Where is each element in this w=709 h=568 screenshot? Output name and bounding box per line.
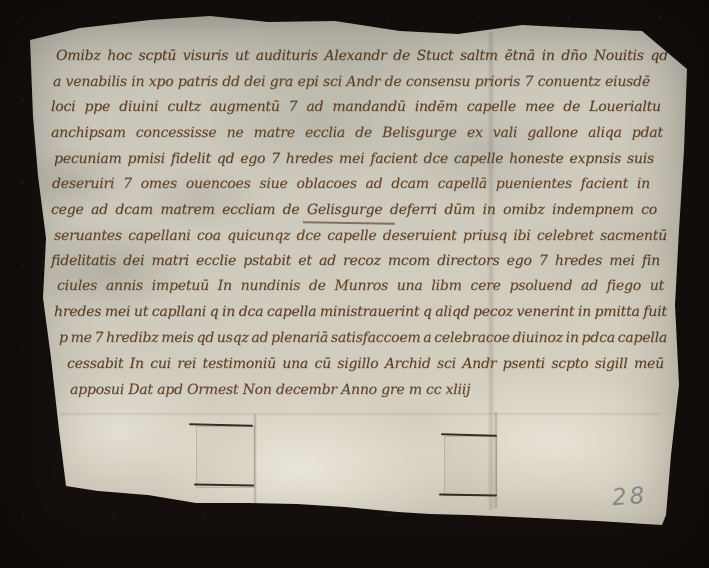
text-line-12: pme7hredibzmeisqdusqzadplenariāsatisfacc… — [59, 328, 667, 348]
manuscript-text: OmibzhocscptūvisurisutauditurisAlexandrd… — [0, 0, 709, 568]
seal-tag-outline-right — [444, 436, 497, 496]
parchment: OmibzhocscptūvisurisutauditurisAlexandrd… — [0, 0, 709, 568]
text-line-7: cegeaddcammatremeccliamdeGelisgurgedefer… — [51, 200, 657, 220]
ink-underline — [303, 221, 395, 224]
text-line-4: anchipsamconcessissenematreeccliadeBelis… — [51, 123, 663, 143]
text-line-8: seruantescapellanicoaquicunqzdcecapelled… — [54, 226, 667, 246]
text-line-3: locippediuinicultzaugmentū7admandandūind… — [51, 97, 661, 117]
text-line-6: deseruiri7omesouencoessiueoblacoesaddcam… — [52, 174, 650, 194]
text-line-11: hredesmeiutcapllaniqindcacapellaministra… — [54, 302, 667, 322]
text-line-10: ciulesannisimpetuūInnundinisdeMunrosunal… — [57, 276, 664, 296]
text-line-13: cessabitIncuireitestimoniūunacūsigilloAr… — [67, 354, 664, 374]
archival-number: 28 — [611, 483, 648, 511]
text-line-9: fidelitatisdeimatrieccliepstabitetadreco… — [51, 251, 660, 271]
text-line-1: OmibzhocscptūvisurisutauditurisAlexandrd… — [56, 46, 668, 66]
seal-tag-outline-left — [196, 426, 255, 488]
text-line-14: apposui Dat apd Ormest Non decembr Anno … — [70, 380, 500, 400]
text-line-5: pecuniampmisifidelitqdego7hredesmeifacie… — [54, 149, 654, 169]
photo-background: OmibzhocscptūvisurisutauditurisAlexandrd… — [0, 0, 709, 568]
text-line-2: avenabilisinxpopatrisdddeigraepisciAndrd… — [53, 72, 650, 92]
